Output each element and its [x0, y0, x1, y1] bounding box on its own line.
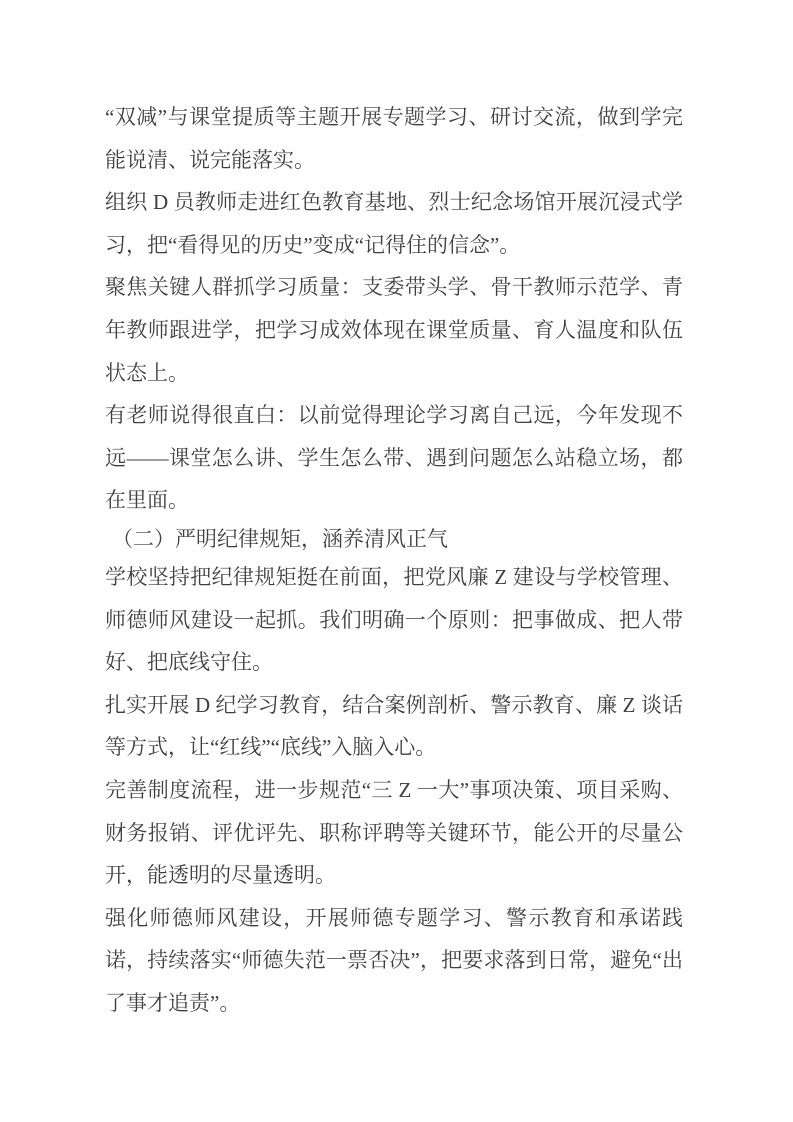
paragraph: 组织 D 员教师走进红色教育基地、烈士纪念场馆开展沉浸式学习，把“看得见的历史”… [105, 181, 683, 266]
paragraph: 完善制度流程，进一步规范“三 Z 一大”事项决策、项目采购、财务报销、评优评先、… [105, 769, 683, 897]
paragraph: 学校坚持把纪律规矩挺在前面，把党风廉 Z 建设与学校管理、师德师风建设一起抓。我… [105, 556, 683, 684]
paragraph: 有老师说得很直白：以前觉得理论学习离自己远，今年发现不远——课堂怎么讲、学生怎么… [105, 394, 683, 522]
paragraph: “双减”与课堂提质等主题开展专题学习、研讨交流，做到学完能说清、说完能落实。 [105, 96, 683, 181]
paragraph: 强化师德师风建设，开展师德专题学习、警示教育和承诺践诺，持续落实“师德失范一票否… [105, 897, 683, 1025]
document-body: “双减”与课堂提质等主题开展专题学习、研讨交流，做到学完能说清、说完能落实。组织… [105, 96, 683, 1024]
paragraph: 聚焦关键人群抓学习质量：支委带头学、骨干教师示范学、青年教师跟进学，把学习成效体… [105, 266, 683, 394]
document-page: “双减”与课堂提质等主题开展专题学习、研讨交流，做到学完能说清、说完能落实。组织… [0, 0, 793, 1122]
paragraph: 扎实开展 D 纪学习教育，结合案例剖析、警示教育、廉 Z 谈话等方式，让“红线”… [105, 684, 683, 769]
section-heading: （二）严明纪律规矩，涵养清风正气 [105, 522, 683, 556]
